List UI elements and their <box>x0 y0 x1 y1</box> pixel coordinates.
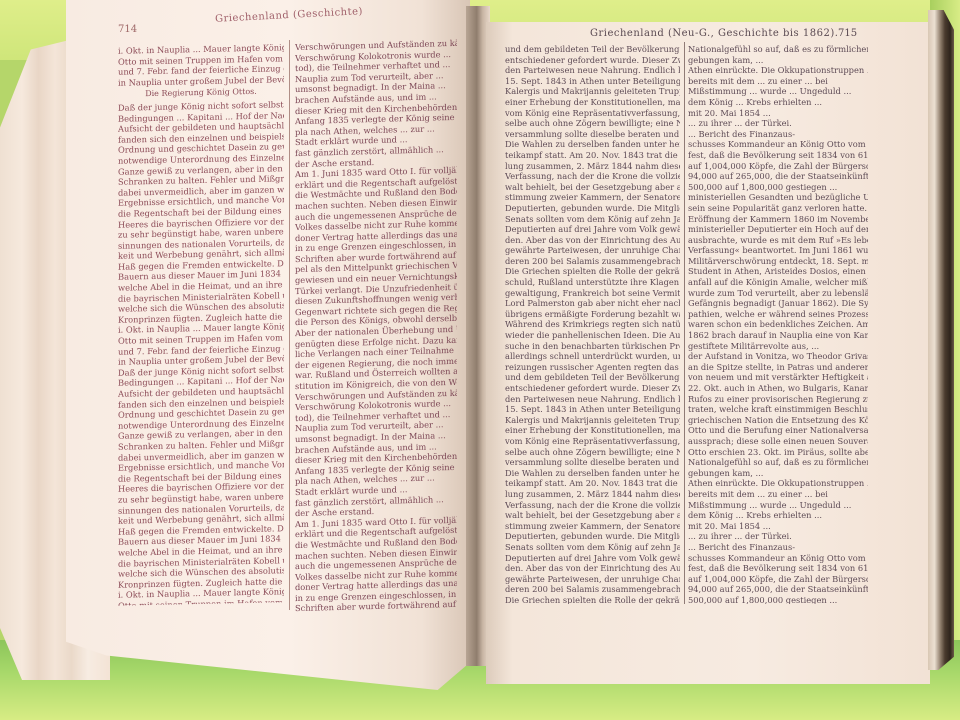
text-line: griechischen Nation die Entsetzung des K… <box>688 415 868 426</box>
text-line: Gefängnis begnadigt (Januar 1862). Die S… <box>688 298 868 309</box>
text-line: gestiftete Militärrevolte aus, ... <box>688 341 868 352</box>
text-line: Student in Athen, Aristeides Dosios, ein… <box>688 266 868 277</box>
text-line: Lord Palmerston gab aber nicht eher nach… <box>505 298 680 309</box>
text-line: dem König ... Krebs erhielten ... <box>688 510 868 521</box>
text-line: Mißstimmung ... wurde ... Ungeduld ... <box>688 86 868 97</box>
text-line: Rufos zu einer provisorischen Regierung … <box>688 394 868 405</box>
section-subheading: Die Regierung König Ottos. <box>118 87 284 101</box>
text-line: deren 200 bei Salamis zusammengebracht w… <box>505 584 680 595</box>
text-line: Die Wahlen zu derselben fanden unter hef… <box>505 139 680 150</box>
text-line: Senats sollten vom dem König auf zehn Ja… <box>505 214 680 225</box>
text-line: selbe auch ohne Zögern bewilligte; eine … <box>505 447 680 458</box>
right-page-column-1: und dem gebildeten Teil der Bevölkerung … <box>505 44 680 604</box>
text-line: und dem gebildeten Teil der Bevölkerung … <box>505 44 680 55</box>
text-line: bereits mit dem ... zu einer ... bei <box>688 489 868 500</box>
text-line: Kalergis und Makrijannis geleiteten Trup… <box>505 415 680 426</box>
right-page-column-2: Nationalgefühl so auf, daß es zu förmlic… <box>688 44 868 604</box>
text-line: lung zusammen, 2. März 1844 nahm dieselb… <box>505 489 680 500</box>
text-line: mit 20. Mai 1854 ... <box>688 521 868 532</box>
text-line: vom König eine Repräsentativverfassung, … <box>505 436 680 447</box>
text-line: ... Bericht des Finanzaus- <box>688 129 868 140</box>
text-line: entschiedener gefordert wurde. Dieser Zw… <box>505 55 680 66</box>
text-line: gewaltigung, Frankreich bot seine Vermit… <box>505 288 680 299</box>
text-line: Die Griechen spielten die Rolle der gekr… <box>505 266 680 277</box>
text-line: 15. Sept. 1843 in Athen unter Beteiligun… <box>505 404 680 415</box>
right-running-head: Griechenland (Neu-G., Geschichte bis 186… <box>590 28 838 39</box>
text-line: fest, daß die Bevölkerung seit 1834 von … <box>688 150 868 161</box>
left-column-rule <box>289 40 290 610</box>
text-line: dem König ... Krebs erhielten ... <box>688 97 868 108</box>
right-page-edges-and-cover <box>928 10 954 670</box>
text-line: anfall auf die Königin Amalie, welcher m… <box>688 277 868 288</box>
text-line: den. Aber das von der Einrichtung des Au… <box>505 235 680 246</box>
text-line: deren 200 bei Salamis zusammengebracht w… <box>505 256 680 267</box>
text-line: Kalergis und Makrijannis geleiteten Trup… <box>505 86 680 97</box>
text-line: 22. Okt. auch in Athen, wo Bulgaris, Kan… <box>688 383 868 394</box>
text-line: Militärverschwörung entdeckt, 18. Sept. … <box>688 256 868 267</box>
text-line: ausbrachte, wurde es mit dem Ruf »Es leb… <box>688 235 868 246</box>
text-line: Otto erschien 23. Okt. im Piräus, sollte… <box>688 447 868 458</box>
text-line: lung zusammen, 2. März 1844 nahm dieselb… <box>505 161 680 172</box>
text-line: allerdings schnell unterdrückt wurden, u… <box>505 351 680 362</box>
text-line: 500,000 auf 1,800,000 gestiegen ... <box>688 595 868 604</box>
text-line: walt behielt, bei der Gesetzgebung aber … <box>505 510 680 521</box>
text-line: suche in den benachbarten türkischen Pro… <box>505 341 680 352</box>
text-line: der Aufstand in Vonitza, wo Theodor Griv… <box>688 351 868 362</box>
text-line: Mißstimmung ... wurde ... Ungeduld ... <box>688 500 868 511</box>
text-line: mit 20. Mai 1854 ... <box>688 108 868 119</box>
text-line: Verfassung« beantwortet. Im Juni 1861 wu… <box>688 245 868 256</box>
text-line: waren schon ein bedenkliches Zeichen. Am… <box>688 319 868 330</box>
right-page-number: 715 <box>838 28 857 39</box>
text-line: versammlung sollte dieselbe beraten und … <box>505 129 680 140</box>
text-line: ... zu ihrer ... der Türkei. <box>688 531 868 542</box>
text-line: von neuem und mit verstärkter Heftigkeit… <box>688 372 868 383</box>
text-line: Eröffnung der Kammern 1860 im November e… <box>688 214 868 225</box>
text-line: aussprach; diese solle einen neuen Souve… <box>688 436 868 447</box>
text-line: selbe auch ohne Zögern bewilligte; eine … <box>505 118 680 129</box>
text-line: einer Erhebung der Konstitutionellen, ma… <box>505 425 680 436</box>
text-line: 94,000 auf 265,000, die der Staatseinkün… <box>688 171 868 182</box>
text-line: Deputierten, gebunden wurde. Die Mitglie… <box>505 531 680 542</box>
text-line: Verfassung, nach der die Krone die vollz… <box>505 171 680 182</box>
text-line: stimmung zweier Kammern, der Senatoren u… <box>505 521 680 532</box>
left-page-number: 714 <box>118 24 137 35</box>
text-line: den Parteiwesen neue Nahrung. Endlich ka… <box>505 65 680 76</box>
text-line: den Parteiwesen neue Nahrung. Endlich ka… <box>505 394 680 405</box>
text-line: schusses Kommandeur an König Otto vom 16… <box>688 139 868 150</box>
text-line: Die Wahlen zu derselben fanden unter hef… <box>505 468 680 479</box>
text-line: wurde zum Tod verurteilt, aber zu lebens… <box>688 288 868 299</box>
text-line: auf 1,004,000 Köpfe, die Zahl der Bürger… <box>688 161 868 172</box>
text-line: Deputierten, gebunden wurde. Die Mitglie… <box>505 203 680 214</box>
text-line: sein seine Popularität ganz verloren hat… <box>688 203 868 214</box>
text-line: stimmung zweier Kammern, der Senatoren u… <box>505 192 680 203</box>
text-line: traten, welche kraft einstimmigen Beschl… <box>688 404 868 415</box>
text-line: Athen einrückte. Die Okkupationstruppen … <box>688 65 868 76</box>
text-line: Verfassung, nach der die Krone die vollz… <box>505 500 680 511</box>
text-line: übrigens ermäßigte Forderung bezahlt war… <box>505 309 680 320</box>
text-line: pathien, welche er während seines Prozes… <box>688 309 868 320</box>
text-line: Deputierten auf drei Jahre vom Volk gewä… <box>505 224 680 235</box>
text-line: ministeriellen Gesandten und bezügliche … <box>688 192 868 203</box>
text-line: schusses Kommandeur an König Otto vom 16… <box>688 553 868 564</box>
text-line: Während des Krimkriegs regten sich natür… <box>505 319 680 330</box>
text-line: 94,000 auf 265,000, die der Staatseinkün… <box>688 584 868 595</box>
text-line: ... Bericht des Finanzaus- <box>688 542 868 553</box>
text-line: Nationalgefühl so auf, daß es zu förmlic… <box>688 457 868 468</box>
text-line: den. Aber das von der Einrichtung des Au… <box>505 563 680 574</box>
left-page-column-2: Verschwörungen und Aufständen zu kämpfen… <box>295 38 457 612</box>
text-line: reizungen russischer Agenten regten das … <box>505 362 680 373</box>
text-line: Senats sollten vom dem König auf zehn Ja… <box>505 542 680 553</box>
text-line: gebungen kam, ... <box>688 468 868 479</box>
text-line: 500,000 auf 1,800,000 gestiegen ... <box>688 182 868 193</box>
text-line: schuld, Rußland unterstützte ihre Klagen… <box>505 277 680 288</box>
text-line: einer Erhebung der Konstitutionellen, ma… <box>505 97 680 108</box>
text-line: gewährte Parteiwesen, der unruhige Chara… <box>505 245 680 256</box>
text-line: gebungen kam, ... <box>688 55 868 66</box>
text-line: Otto und die Berufung einer Nationalvers… <box>688 425 868 436</box>
text-line: teikampf statt. Am 20. Nov. 1843 trat di… <box>505 478 680 489</box>
text-line: an die Spitze stellte, in Patras und and… <box>688 362 868 373</box>
text-line: Deputierten auf drei Jahre vom Volk gewä… <box>505 553 680 564</box>
text-line: 1862 brach darauf in Nauplia eine von Ka… <box>688 330 868 341</box>
text-line: vom König eine Repräsentativverfassung, … <box>505 108 680 119</box>
text-line: wieder die panhellenischen Ideen. Die Au… <box>505 330 680 341</box>
text-line: versammlung sollte dieselbe beraten und … <box>505 457 680 468</box>
text-line: teikampf statt. Am 20. Nov. 1843 trat di… <box>505 150 680 161</box>
text-line: Athen einrückte. Die Okkupationstruppen … <box>688 478 868 489</box>
text-line: walt behielt, bei der Gesetzgebung aber … <box>505 182 680 193</box>
text-line: Nationalgefühl so auf, daß es zu förmlic… <box>688 44 868 55</box>
text-line: auf 1,004,000 Köpfe, die Zahl der Bürger… <box>688 574 868 585</box>
right-column-rule <box>684 42 685 604</box>
text-line: gewährte Parteiwesen, der unruhige Chara… <box>505 574 680 585</box>
text-line: ... zu ihrer ... der Türkei. <box>688 118 868 129</box>
text-line: und dem gebildeten Teil der Bevölkerung … <box>505 372 680 383</box>
text-line: ministerieller Deputierter ein Hoch auf … <box>688 224 868 235</box>
text-line: entschiedener gefordert wurde. Dieser Zw… <box>505 383 680 394</box>
text-line: Die Griechen spielten die Rolle der gekr… <box>505 595 680 604</box>
photo-scene: 714 Griechenland (Geschichte) i. Okt. in… <box>0 0 960 720</box>
text-line: 15. Sept. 1843 in Athen unter Beteiligun… <box>505 76 680 87</box>
text-line: fest, daß die Bevölkerung seit 1834 von … <box>688 563 868 574</box>
text-line: bereits mit dem ... zu einer ... bei <box>688 76 868 87</box>
left-page-column-1: i. Okt. in Nauplia ... Mauer langte Köni… <box>118 42 284 605</box>
